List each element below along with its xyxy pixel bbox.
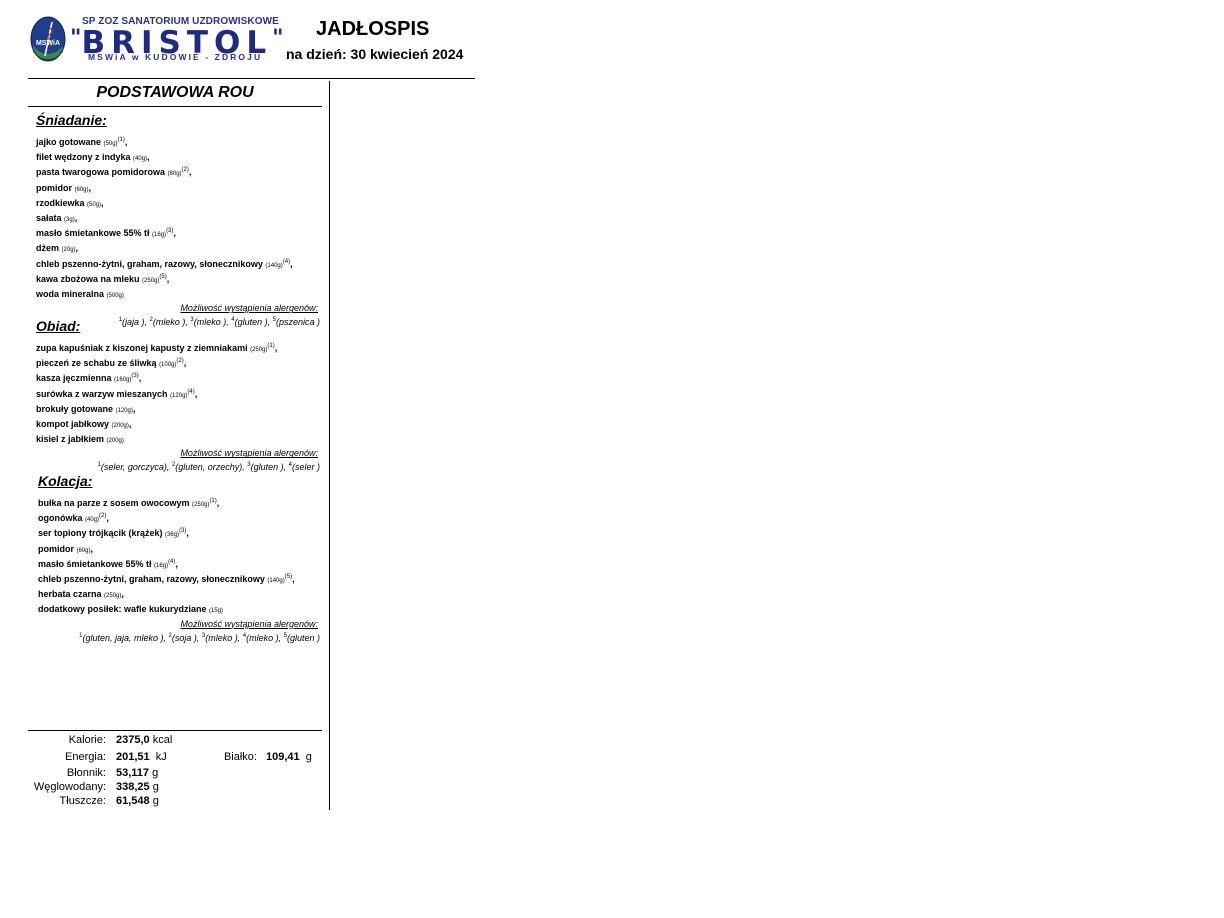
nutrition-value: 61,548 g <box>116 795 159 808</box>
list-item: dodatkowy posiłek: wafle kukurydziane (1… <box>38 602 326 617</box>
item-quantity: (200g) <box>107 438 124 444</box>
item-quantity: (250g) <box>104 593 121 599</box>
list-item: jajko gotowane (50g)(1), <box>36 135 326 150</box>
item-name: filet wędzony z indyka <box>36 152 133 162</box>
item-separator: , <box>133 404 136 414</box>
item-name: herbata czarna <box>38 589 104 599</box>
item-separator: , <box>106 513 109 523</box>
list-item: sałata (3g), <box>36 211 326 226</box>
item-name: sałata <box>36 213 64 223</box>
meal-title: Śniadanie: <box>36 112 326 128</box>
item-separator: , <box>290 259 293 269</box>
item-name: ogonówka <box>38 513 85 523</box>
item-separator: , <box>125 137 128 147</box>
list-item: ser topiony trójkącik (krążek) (36g)(3), <box>38 526 326 541</box>
list-item: woda mineralna (500g) <box>36 287 326 302</box>
item-quantity: (60g) <box>75 187 89 193</box>
item-name: pomidor <box>36 183 75 193</box>
item-quantity: (160g) <box>114 377 131 383</box>
item-quantity: (16g) <box>154 563 168 569</box>
item-quantity: (36g) <box>165 532 179 538</box>
item-separator: , <box>173 228 176 238</box>
item-separator: , <box>184 358 187 368</box>
list-item: kompot jabłkowy (200g), <box>36 417 326 432</box>
allergen-ref: (4) <box>283 259 290 265</box>
item-name: ser topiony trójkącik (krążek) <box>38 528 165 538</box>
item-quantity: (120g) <box>170 393 187 399</box>
item-quantity: (80g) <box>168 171 182 177</box>
allergen-ref: (2) <box>182 167 189 173</box>
item-quantity: (3g) <box>64 217 75 223</box>
nutrition-value: 109,41 g <box>266 751 312 764</box>
list-item: rzodkiewka (50g), <box>36 196 326 211</box>
nutrition-label: Białko: <box>157 751 257 764</box>
item-quantity: (50g) <box>104 141 118 147</box>
list-item: herbata czarna (250g), <box>38 587 326 602</box>
list-item: brokuły gotowane (120g), <box>36 402 326 417</box>
item-separator: , <box>292 574 295 584</box>
allergen-text: (seler, gorczyca), <box>101 462 172 472</box>
svg-text:MSWiA: MSWiA <box>36 40 60 47</box>
item-separator: , <box>76 243 79 253</box>
meal-lunch: Obiad:zupa kapuśniak z kiszonej kapusty … <box>36 318 326 473</box>
item-quantity: (250g) <box>192 502 209 508</box>
mswia-logo: MSWiA <box>30 16 66 62</box>
item-name: pomidor <box>38 544 77 554</box>
item-separator: , <box>186 528 189 538</box>
list-item: pomidor (60g), <box>36 181 326 196</box>
item-name: kawa zbożowa na mleku <box>36 274 142 284</box>
item-quantity: (250g) <box>142 278 159 284</box>
allergen-ref: (1) <box>118 137 125 143</box>
list-item: bułka na parze z sosem owocowym (250g)(1… <box>38 496 326 511</box>
item-name: kompot jabłkowy <box>36 419 112 429</box>
list-item: filet wędzony z indyka (40g), <box>36 150 326 165</box>
list-item: kisiel z jabłkiem (200g) <box>36 432 326 447</box>
item-separator: , <box>101 198 104 208</box>
allergen-text: (gluten, orzechy), <box>175 462 247 472</box>
allergen-ref: (2) <box>176 358 183 364</box>
list-item: chleb pszenno-żytni, graham, razowy, sło… <box>36 257 326 272</box>
meal-items: bułka na parze z sosem owocowym (250g)(1… <box>38 496 326 618</box>
item-separator: , <box>175 559 178 569</box>
diet-title: PODSTAWOWA ROU <box>28 84 322 102</box>
allergen-text: (gluten ) <box>287 633 320 643</box>
allergen-text: (soja ), <box>172 633 202 643</box>
item-quantity: (40g) <box>85 517 99 523</box>
item-name: kisiel z jabłkiem <box>36 434 107 444</box>
allergen-ref: (1) <box>267 343 274 349</box>
allergen-ref: (3) <box>131 373 138 379</box>
item-quantity: (250g) <box>250 347 267 353</box>
item-quantity: (500g) <box>107 293 124 299</box>
item-name: rzodkiewka <box>36 198 87 208</box>
list-item: masło śmietankowe 55% tł (16g)(3), <box>36 226 326 241</box>
item-name: pasta twarogowa pomidorowa <box>36 167 168 177</box>
item-separator: , <box>121 589 124 599</box>
allergen-text: (gluten, jaja, mleko ), <box>83 633 169 643</box>
item-quantity: (100g) <box>159 362 176 368</box>
item-quantity: (140g) <box>265 263 282 269</box>
list-item: zupa kapuśniak z kiszonej kapusty z ziem… <box>36 341 326 356</box>
item-quantity: (15g) <box>209 608 223 614</box>
allergen-text: (gluten ), <box>251 462 289 472</box>
item-name: zupa kapuśniak z kiszonej kapusty z ziem… <box>36 343 250 353</box>
item-separator: , <box>189 167 192 177</box>
item-name: surówka z warzyw mieszanych <box>36 389 170 399</box>
list-item: chleb pszenno-żytni, graham, razowy, sło… <box>38 572 326 587</box>
meal-dinner: Kolacja:bułka na parze z sosem owocowym … <box>38 473 326 644</box>
item-separator: , <box>89 183 92 193</box>
item-name: masło śmietankowe 55% tł <box>36 228 152 238</box>
allergen-list: 1(seler, gorczyca), 2(gluten, orzechy), … <box>36 459 326 473</box>
nutrition-value: 338,25 g <box>116 781 159 794</box>
item-name: jajko gotowane <box>36 137 104 147</box>
item-name: chleb pszenno-żytni, graham, razowy, sło… <box>38 574 267 584</box>
item-quantity: (20g) <box>62 247 76 253</box>
list-item: kawa zbożowa na mleku (250g)(5), <box>36 272 326 287</box>
item-name: dżem <box>36 243 62 253</box>
diet-title-divider <box>28 106 322 107</box>
meal-title: Obiad: <box>36 318 326 334</box>
allergen-heading: Możliwość wystąpienia alergenów: <box>38 619 326 630</box>
allergen-text: (mleko ), <box>205 633 243 643</box>
item-quantity: (50g) <box>87 202 101 208</box>
allergen-ref: (4) <box>187 389 194 395</box>
meal-title: Kolacja: <box>38 473 326 489</box>
item-separator: , <box>139 373 142 383</box>
list-item: kasza jęczmienna (160g)(3), <box>36 371 326 386</box>
allergen-heading: Możliwość wystąpienia alergenów: <box>36 448 326 459</box>
allergen-ref: (5) <box>285 574 292 580</box>
item-name: masło śmietankowe 55% tł <box>38 559 154 569</box>
header-divider <box>28 78 475 79</box>
item-name: bułka na parze z sosem owocowym <box>38 498 192 508</box>
allergen-list: 1(gluten, jaja, mleko ), 2(soja ), 3(mle… <box>38 630 326 644</box>
meal-breakfast: Śniadanie:jajko gotowane (50g)(1),filet … <box>36 112 326 328</box>
item-name: brokuły gotowane <box>36 404 116 414</box>
item-quantity: (16g) <box>152 232 166 238</box>
list-item: masło śmietankowe 55% tł (16g)(4), <box>38 557 326 572</box>
nutrition-value: 2375,0 kcal <box>116 734 172 747</box>
list-item: pieczeń ze schabu ze śliwką (100g)(2), <box>36 356 326 371</box>
item-quantity: (60g) <box>77 548 91 554</box>
meal-items: zupa kapuśniak z kiszonej kapusty z ziem… <box>36 341 326 447</box>
allergen-ref: (5) <box>159 274 166 280</box>
allergen-text: (mleko ), <box>246 633 284 643</box>
page-title: JADŁOSPIS <box>316 18 429 41</box>
list-item: dżem (20g), <box>36 241 326 256</box>
allergen-ref: (1) <box>209 498 216 504</box>
item-quantity: (120g) <box>116 408 133 414</box>
item-separator: , <box>195 389 198 399</box>
nutrition-divider <box>28 730 322 731</box>
item-quantity: (200g) <box>112 423 129 429</box>
item-separator: , <box>129 419 132 429</box>
brand-subtitle: MSWiA w KUDOWIE - ZDROJU <box>88 52 262 62</box>
meal-items: jajko gotowane (50g)(1),filet wędzony z … <box>36 135 326 302</box>
nutrition-value: 53,117 g <box>116 767 158 780</box>
item-separator: , <box>217 498 220 508</box>
item-quantity: (140g) <box>267 578 284 584</box>
menu-date: na dzień: 30 kwiecień 2024 <box>286 46 463 62</box>
item-separator: , <box>275 343 278 353</box>
list-item: ogonówka (40g)(2), <box>38 511 326 526</box>
item-name: woda mineralna <box>36 289 107 299</box>
nutrition-label: Energia: <box>6 751 106 764</box>
nutrition-label: Tłuszcze: <box>6 795 106 808</box>
column-divider <box>329 81 330 810</box>
item-separator: , <box>91 544 94 554</box>
item-quantity: (40g) <box>133 156 147 162</box>
nutrition-label: Kalorie: <box>6 734 106 747</box>
allergen-text: (seler ) <box>292 462 320 472</box>
list-item: pasta twarogowa pomidorowa (80g)(2), <box>36 165 326 180</box>
item-separator: , <box>167 274 170 284</box>
item-name: pieczeń ze schabu ze śliwką <box>36 358 159 368</box>
item-name: chleb pszenno-żytni, graham, razowy, sło… <box>36 259 265 269</box>
nutrition-label: Błonnik: <box>6 767 106 780</box>
list-item: pomidor (60g), <box>38 542 326 557</box>
item-separator: , <box>147 152 150 162</box>
allergen-heading: Możliwość wystąpienia alergenów: <box>36 303 326 314</box>
item-name: kasza jęczmienna <box>36 373 114 383</box>
list-item: surówka z warzyw mieszanych (120g)(4), <box>36 387 326 402</box>
item-name: dodatkowy posiłek: wafle kukurydziane <box>38 604 209 614</box>
nutrition-label: Węglowodany: <box>6 781 106 794</box>
item-separator: , <box>75 213 78 223</box>
